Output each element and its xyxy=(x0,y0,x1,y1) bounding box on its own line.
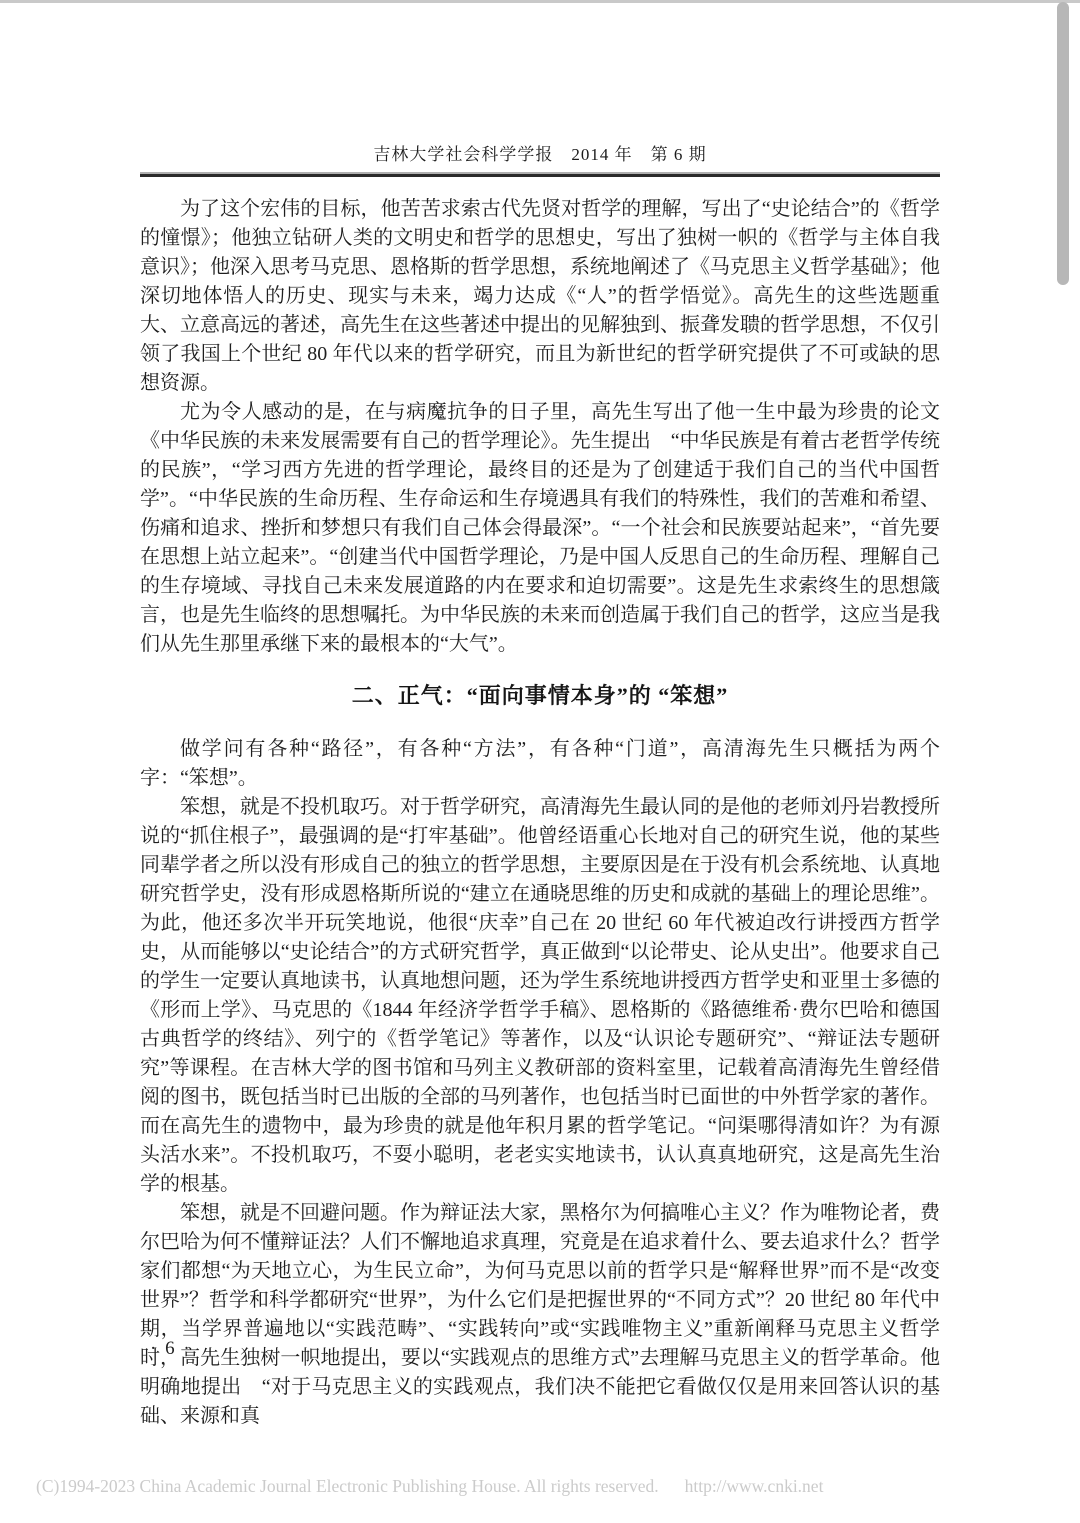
cnki-url: http://www.cnki.net xyxy=(685,1476,824,1496)
page-number: · 6 · xyxy=(150,1338,192,1360)
paragraph-4: 笨想，就是不投机取巧。对于哲学研究，高清海先生最认同的是他的老师刘丹岩教授所说的… xyxy=(140,793,940,1199)
header-rule xyxy=(140,174,940,177)
paragraph-1: 为了这个宏伟的目标，他苦苦求索古代先贤对哲学的理解，写出了“史论结合”的《哲学的… xyxy=(140,195,940,398)
paragraph-2: 尤为令人感动的是，在与病魔抗争的日子里，高先生写出了他一生中最为珍贵的论文《中华… xyxy=(140,398,940,659)
scrollbar-thumb[interactable] xyxy=(1057,2,1069,285)
section-heading: 二、正气：“面向事情本身”的 “笨想” xyxy=(140,681,940,711)
paragraph-5: 笨想，就是不回避问题。作为辩证法大家，黑格尔为何搞唯心主义？作为唯物论者，费尔巴… xyxy=(140,1199,940,1431)
copyright-footer: (C)1994-2023 China Academic Journal Elec… xyxy=(36,1476,1076,1497)
copyright-text: (C)1994-2023 China Academic Journal Elec… xyxy=(36,1476,659,1496)
journal-header-line: 吉林大学社会科学学报 2014 年 第 6 期 xyxy=(140,140,940,165)
viewport-top-edge xyxy=(0,0,1080,3)
paragraph-3: 做学问有各种“路径”，有各种“方法”，有各种“门道”，高清海先生只概括为两个字：… xyxy=(140,735,940,793)
article-body: 为了这个宏伟的目标，他苦苦求索古代先贤对哲学的理解，写出了“史论结合”的《哲学的… xyxy=(140,195,940,1431)
